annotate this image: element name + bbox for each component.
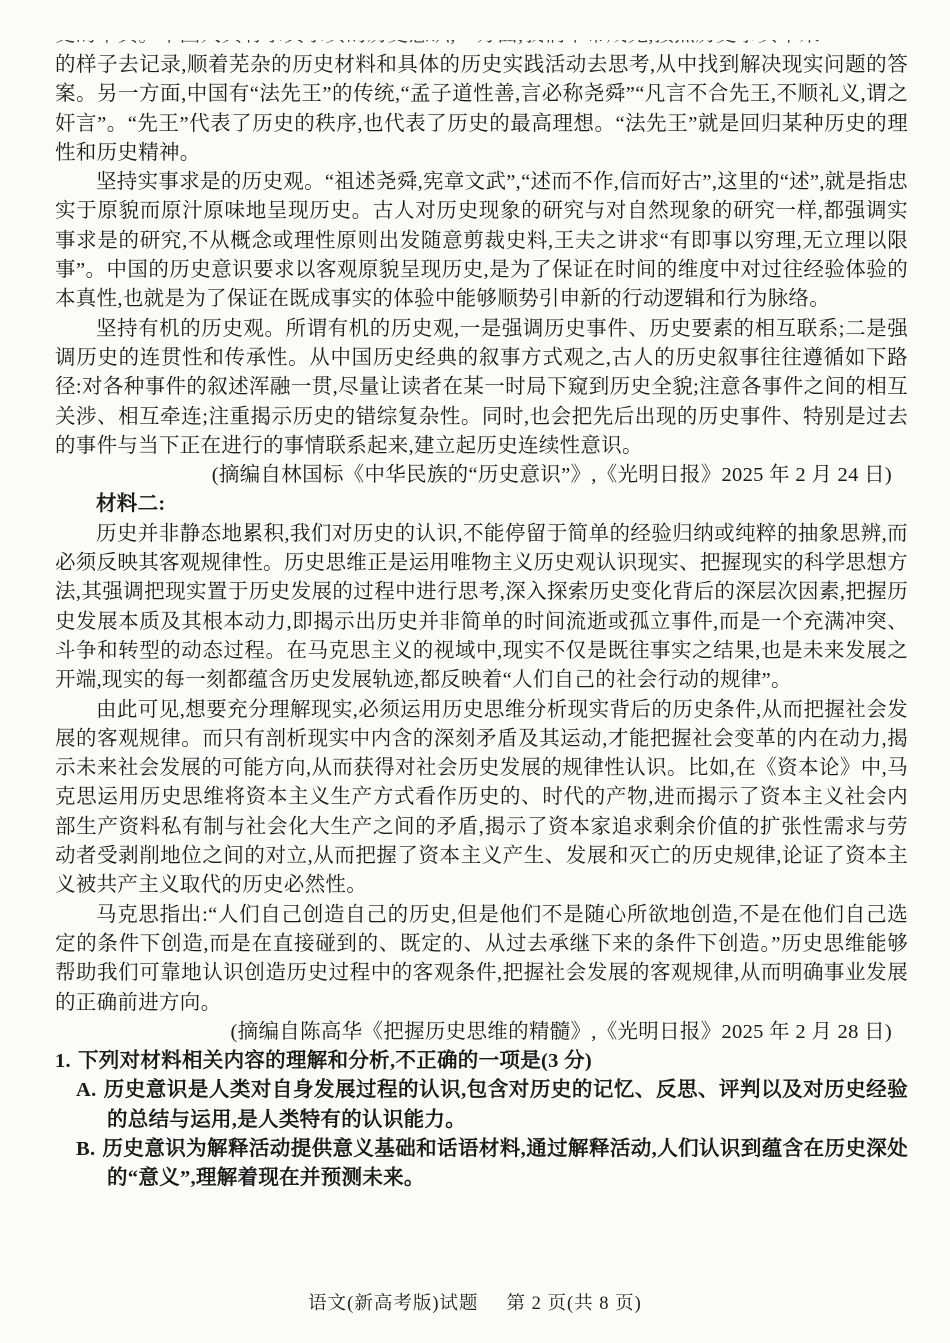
citation-material2: (摘编自陈高华《把握历史思维的精髓》,《光明日报》2025 年 2 月 28 日… bbox=[55, 1018, 908, 1047]
paragraph-youji: 坚持有机的历史观。所谓有机的历史观,一是强调历史事件、历史要素的相互联系;二是强… bbox=[55, 315, 908, 461]
question-1: 1.下列对材料相关内容的理解和分析,不正确的一项是(3 分) A.历史意识是人类… bbox=[55, 1047, 908, 1193]
paragraph-shishiqiushi: 坚持实事求是的历史观。“祖述尧舜,宪章文武”,“述而不作,信而好古”,这里的“述… bbox=[55, 168, 908, 314]
paragraph-continuation: 的样子去记录,顺着芜杂的历史材料和具体的历史实践活动去思考,从中找到解决现实问题… bbox=[55, 51, 908, 168]
footer-page-indicator: 第 2 页(共 8 页) bbox=[507, 1294, 642, 1314]
paragraph-youcikejian: 由此可见,想要充分理解现实,必须运用历史思维分析现实背后的历史条件,从而把握社会… bbox=[55, 696, 908, 901]
question-1-stem: 1.下列对材料相关内容的理解和分析,不正确的一项是(3 分) bbox=[55, 1047, 908, 1076]
option-b-label: B. bbox=[76, 1138, 95, 1160]
clipped-text: 史的本真。中国人具有求真求实的历史意识,一方面,我们不带成见,按照历史事实本来 bbox=[55, 40, 908, 50]
paragraph-history-accumulation: 历史并非静态地累积,我们对历史的认识,不能停留于简单的经验归纳或纯粹的抽象思辨,… bbox=[55, 520, 908, 696]
question-1-stem-text: 下列对材料相关内容的理解和分析,不正确的一项是(3 分) bbox=[78, 1050, 592, 1072]
option-b-text: 历史意识为解释活动提供意义基础和话语材料,通过解释活动,人们认识到蕴含在历史深处… bbox=[102, 1138, 908, 1189]
exam-page: 史的本真。中国人具有求真求实的历史意识,一方面,我们不带成见,按照历史事实本来 … bbox=[0, 0, 950, 1343]
clipped-text-line: 史的本真。中国人具有求真求实的历史意识,一方面,我们不带成见,按照历史事实本来 bbox=[55, 40, 908, 51]
option-a-label: A. bbox=[76, 1079, 97, 1101]
paragraph-marx-quote: 马克思指出:“人们自己创造自己的历史,但是他们不是随心所欲地创造,不是在他们自己… bbox=[55, 901, 908, 1018]
option-a-text: 历史意识是人类对自身发展过程的认识,包含对历史的记忆、反思、评判以及对历史经验的… bbox=[104, 1079, 908, 1130]
question-1-option-a: A.历史意识是人类对自身发展过程的认识,包含对历史的记忆、反思、评判以及对历史经… bbox=[76, 1076, 908, 1135]
citation-material1: (摘编自林国标《中华民族的“历史意识”》,《光明日报》2025 年 2 月 24… bbox=[55, 461, 908, 490]
question-1-number: 1. bbox=[55, 1050, 71, 1072]
question-1-option-b: B.历史意识为解释活动提供意义基础和话语材料,通过解释活动,人们认识到蕴含在历史… bbox=[76, 1135, 908, 1194]
page-content: 史的本真。中国人具有求真求实的历史意识,一方面,我们不带成见,按照历史事实本来 … bbox=[55, 40, 908, 1194]
footer-exam-title: 语文(新高考版)试题 bbox=[308, 1294, 478, 1314]
page-footer: 语文(新高考版)试题第 2 页(共 8 页) bbox=[0, 1289, 950, 1315]
material2-heading: 材料二: bbox=[55, 490, 908, 519]
